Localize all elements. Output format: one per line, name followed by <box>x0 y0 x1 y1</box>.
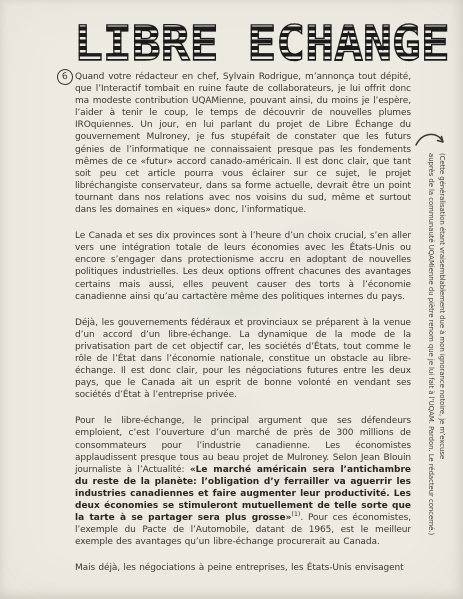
paragraph-choix-crucial: Le Canada et ses dix provinces sont à l’… <box>75 230 411 303</box>
scanned-magazine-page: LIBRE ECHANGE 6 Quand votre rédacteur en… <box>0 0 463 599</box>
page-title: LIBRE ECHANGE <box>74 20 450 68</box>
paragraph-privatisation: Déjà, les gouvernements fédéraux et prov… <box>75 317 411 402</box>
article-body: Quand votre rédacteur en chef, Sylvain R… <box>75 71 411 588</box>
margin-note-line2: auprès de la communauté UQAMienne du piè… <box>425 153 436 478</box>
paragraph-intro: Quand votre rédacteur en chef, Sylvain R… <box>75 71 411 216</box>
footnote-marker: (1) <box>291 510 300 518</box>
page-number-badge: 6 <box>56 68 74 86</box>
margin-note: (Cette généralisation étant vraisemblabl… <box>425 153 447 478</box>
paragraph-closing-line: Mais déjà, les négociations à peine entr… <box>75 562 411 574</box>
paragraph-argument-quote: Pour le libre-échange, le principal argu… <box>75 415 411 548</box>
margin-note-line1: (Cette généralisation étant vraisemblabl… <box>436 153 447 478</box>
